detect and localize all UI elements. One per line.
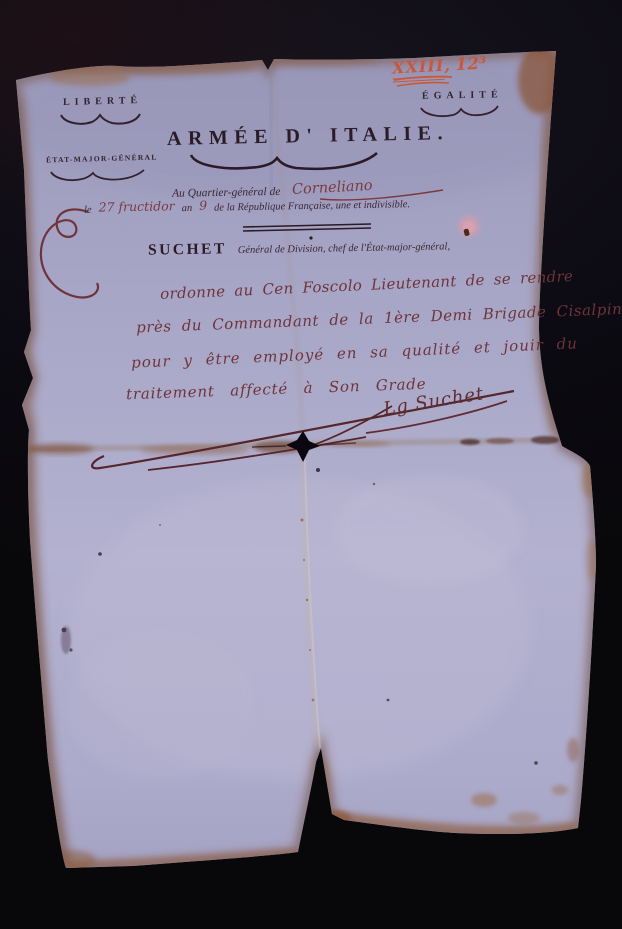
date-written: 27 fructidor: [98, 198, 174, 214]
officer-title: Général de Division, chef de l'État-majo…: [238, 241, 450, 256]
date-prefix: le: [84, 205, 92, 216]
date-mid: an: [182, 203, 193, 214]
officer-name: SUCHET: [148, 240, 227, 258]
year-written: 9: [199, 198, 207, 213]
liberte-label: LIBERTÉ: [63, 95, 142, 108]
archive-mark-number: 12³: [455, 54, 487, 76]
archive-mark-roman: XXIII: [392, 56, 445, 83]
egalite-label: ÉGALITÉ: [422, 89, 503, 101]
date-rest: de la République Française, une et indiv…: [214, 199, 410, 213]
document-photo: XXIII, 12³ LIBERTÉ ÉGALITÉ ARMÉE D' ITAL…: [0, 0, 622, 929]
